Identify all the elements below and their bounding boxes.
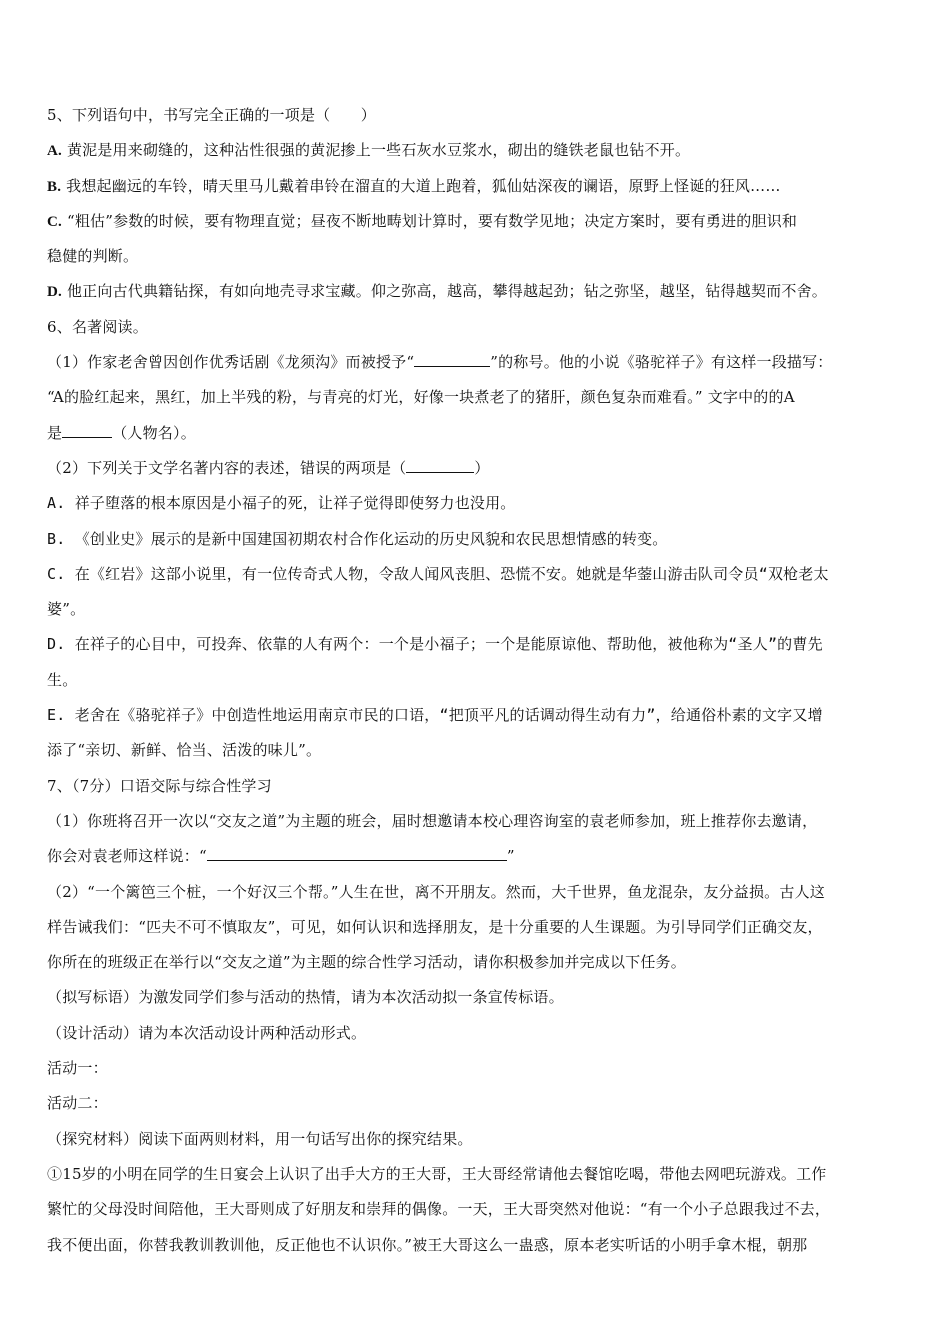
option-text: 老舍在《骆驼祥子》中创造性地运用南京市民的口语，“把顶平凡的话调动得生动有力”，… xyxy=(75,706,823,724)
q6-option-e[interactable]: E. 老舍在《骆驼祥子》中创造性地运用南京市民的口语，“把顶平凡的话调动得生动有… xyxy=(47,698,909,733)
option-text: 《创业史》展示的是新中国建国初期农村合作化运动的历史风貌和农民思想情感的转变。 xyxy=(75,530,668,548)
q7-part1-line2: 你会对袁老师这样说：“” xyxy=(47,839,909,874)
q6-option-a[interactable]: A. 祥子堕落的根本原因是小福子的死，让祥子觉得即使努力也没用。 xyxy=(47,486,909,521)
q7-material-line: 繁忙的父母没时间陪他，王大哥则成了好朋友和崇拜的偶像。一天，王大哥突然对他说：“… xyxy=(47,1192,909,1227)
q7-task-design: （设计活动）请为本次活动设计两种活动形式。 xyxy=(47,1016,909,1051)
text-segment: 你会对袁老师这样说：“ xyxy=(47,847,207,865)
q5-stem: 5、下列语句中，书写完全正确的一项是（ ） xyxy=(47,98,909,133)
option-label: C. xyxy=(47,565,65,583)
q5-option-c-cont: 稳健的判断。 xyxy=(47,239,909,274)
q7-part2-line: 你所在的班级正在举行以“交友之道”为主题的综合性学习活动，请你积极参加并完成以下… xyxy=(47,945,909,980)
text-segment: ） xyxy=(474,459,489,477)
q6-option-d[interactable]: D. 在祥子的心目中，可投奔、依靠的人有两个：一个是小福子；一个是能原谅他、帮助… xyxy=(47,627,909,662)
option-text: 我想起幽远的车铃，晴天里马儿戴着串铃在溜直的大道上跑着，狐仙姑深夜的谰语，原野上… xyxy=(66,177,780,195)
option-label: A. xyxy=(47,494,65,512)
q6-option-c[interactable]: C. 在《红岩》这部小说里，有一位传奇式人物，令敌人闻风丧胆、恐慌不安。她就是华… xyxy=(47,557,909,592)
q7-stem: 7、（7分）口语交际与综合性学习 xyxy=(47,769,909,804)
text-segment: （1）作家老舍曾因创作优秀话剧《龙须沟》而被授予“ xyxy=(47,353,414,371)
q6-option-c-cont: 婆”。 xyxy=(47,592,909,627)
q6-part1-line2: “A的脸红起来，黑红，加上半残的粉，与青亮的灯光，好像一块煮老了的猪肝，颜色复杂… xyxy=(47,380,909,415)
q6-part2-stem: （2）下列关于文学名著内容的表述，错误的两项是（） xyxy=(47,451,909,486)
option-label: B. xyxy=(47,530,65,548)
q5-option-b[interactable]: B. 我想起幽远的车铃，晴天里马儿戴着串铃在溜直的大道上跑着，狐仙姑深夜的谰语，… xyxy=(47,169,909,204)
option-text: 黄泥是用来砌缝的，这种沾性很强的黄泥掺上一些石灰水豆浆水，砌出的缝铁老鼠也钻不开… xyxy=(67,141,690,159)
fill-blank-invitation[interactable] xyxy=(207,846,507,861)
q7-part2-line: （2）“一个篱笆三个桩，一个好汉三个帮。”人生在世，离不开朋友。然而，大千世界，… xyxy=(47,875,909,910)
option-text: 在祥子的心目中，可投奔、依靠的人有两个：一个是小福子；一个是能原谅他、帮助他，被… xyxy=(75,635,823,653)
q7-part1-line1: （1）你班将召开一次以“交友之道”为主题的班会，届时想邀请本校心理咨询室的袁老师… xyxy=(47,804,909,839)
q5-option-d[interactable]: D. 他正向古代典籍钻探，有如向地壳寻求宝藏。仰之弥高，越高，攀得越起劲；钻之弥… xyxy=(47,274,909,309)
q7-activity-1: 活动一： xyxy=(47,1051,909,1086)
option-label: D. xyxy=(47,284,62,300)
q6-stem: 6、名著阅读。 xyxy=(47,310,909,345)
q7-material-line: 我不便出面，你替我教训教训他，反正他也不认识你。”被王大哥这么一蛊惑，原本老实听… xyxy=(47,1228,909,1263)
q7-task-explore: （探究材料）阅读下面两则材料，用一句话写出你的探究结果。 xyxy=(47,1122,909,1157)
q6-part1-line3: 是（人物名）。 xyxy=(47,416,909,451)
option-label: A. xyxy=(47,143,62,159)
fill-blank-title[interactable] xyxy=(414,352,490,367)
option-label: E. xyxy=(47,706,65,724)
text-segment: （2）下列关于文学名著内容的表述，错误的两项是（ xyxy=(47,459,406,477)
q6-option-d-cont: 生。 xyxy=(47,663,909,698)
fill-blank-character[interactable] xyxy=(62,423,112,438)
q7-material-line: ①15岁的小明在同学的生日宴会上认识了出手大方的王大哥，王大哥经常请他去餐馆吃喝… xyxy=(47,1157,909,1192)
q6-option-e-cont: 添了“亲切、新鲜、恰当、活泼的味儿”。 xyxy=(47,733,909,768)
q7-part2-line: 样告诫我们：“匹夫不可不慎取友”，可见，如何认识和选择朋友，是十分重要的人生课题… xyxy=(47,910,909,945)
option-text: 他正向古代典籍钻探，有如向地壳寻求宝藏。仰之弥高，越高，攀得越起劲；钻之弥坚，越… xyxy=(67,282,827,300)
q5-option-c[interactable]: C. “粗估”参数的时候，要有物理直觉；昼夜不断地畴划计算时，要有数学见地；决定… xyxy=(47,204,909,239)
q7-activity-2: 活动二： xyxy=(47,1086,909,1121)
text-segment: ” xyxy=(507,847,515,865)
text-segment: （人物名）。 xyxy=(112,424,196,442)
option-text: 在《红岩》这部小说里，有一位传奇式人物，令敌人闻风丧胆、恐慌不安。她就是华蓥山游… xyxy=(75,565,829,583)
option-label: C. xyxy=(47,214,62,230)
q6-option-b[interactable]: B. 《创业史》展示的是新中国建国初期农村合作化运动的历史风貌和农民思想情感的转… xyxy=(47,522,909,557)
text-segment: ”的称号。他的小说《骆驼祥子》有这样一段描写： xyxy=(490,353,832,371)
fill-blank-answer[interactable] xyxy=(406,458,474,473)
text-segment: 是 xyxy=(47,424,62,442)
q6-part1-line1: （1）作家老舍曾因创作优秀话剧《龙须沟》而被授予“”的称号。他的小说《骆驼祥子》… xyxy=(47,345,909,380)
option-label: D. xyxy=(47,635,65,653)
q7-task-slogan: （拟写标语）为激发同学们参与活动的热情，请为本次活动拟一条宣传标语。 xyxy=(47,980,909,1015)
option-label: B. xyxy=(47,179,61,195)
option-text: 祥子堕落的根本原因是小福子的死，让祥子觉得即使努力也没用。 xyxy=(75,494,516,512)
q5-option-a[interactable]: A. 黄泥是用来砌缝的，这种沾性很强的黄泥掺上一些石灰水豆浆水，砌出的缝铁老鼠也… xyxy=(47,133,909,168)
option-text: “粗估”参数的时候，要有物理直觉；昼夜不断地畴划计算时，要有数学见地；决定方案时… xyxy=(67,212,797,230)
exam-page: 5、下列语句中，书写完全正确的一项是（ ） A. 黄泥是用来砌缝的，这种沾性很强… xyxy=(47,98,909,1263)
